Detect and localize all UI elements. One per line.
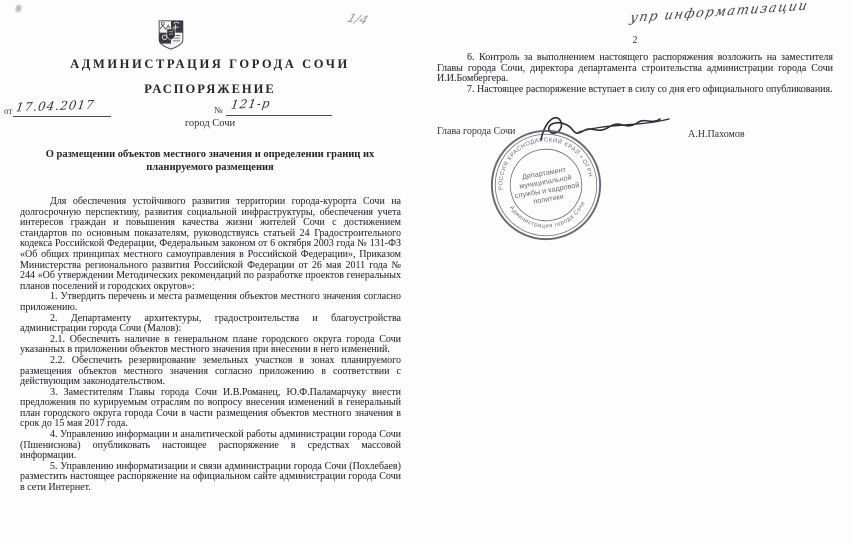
handwritten-date: 17.04.2017 [15, 98, 96, 115]
number-underline [226, 114, 332, 116]
org-name: АДМИНИСТРАЦИЯ ГОРОДА СОЧИ [10, 57, 410, 72]
paragraph: 6. Контроль за выполнением настоящего ра… [437, 53, 833, 85]
page-1-body: Для обеспечения устойчивого развития тер… [20, 197, 401, 494]
stamp-center-text: Департамент муниципальной службы и кадро… [511, 163, 582, 209]
page-number: 2 [437, 35, 833, 46]
sochi-coat-of-arms-icon [157, 19, 185, 50]
handwritten-routing-note: упр информатизации [629, 0, 832, 26]
paragraph: 2. Департаменту архитектуры, градостроит… [20, 314, 401, 335]
page-2: упр информатизации 2 6. Контроль за выпо… [425, 0, 850, 544]
paragraph: 2.2. Обеспечить резервирование земельных… [20, 356, 401, 388]
scanned-document: 1/4 АДМИНИСТРАЦИЯ ГОРОДА СОЧИ РАСПО [0, 0, 850, 544]
scan-smudge [14, 3, 24, 14]
pencil-page-mark: 1/4 [345, 11, 370, 27]
paragraph: 3. Заместителям Главы города Сочи И.В.Ро… [20, 388, 401, 430]
handwritten-number: 121-р [230, 96, 272, 111]
page-1: 1/4 АДМИНИСТРАЦИЯ ГОРОДА СОЧИ РАСПО [0, 0, 425, 544]
paragraph: 5. Управлению информатизации и связи адм… [20, 462, 401, 494]
signatory-name: А.Н.Пахомов [688, 129, 745, 140]
paragraph: 7. Настоящее распоряжение вступает в сил… [437, 85, 833, 96]
paragraph: Для обеспечения устойчивого развития тер… [20, 197, 401, 292]
city-line: город Сочи [10, 118, 410, 129]
number-label: № [214, 105, 223, 115]
round-stamp: РОССИЯ КРАСНОДАРСКИЙ КРАЙ • ОГРН • ИНН А… [479, 118, 613, 252]
page-2-body: 6. Контроль за выполнением настоящего ра… [437, 53, 833, 95]
doc-type-heading: РАСПОРЯЖЕНИЕ [10, 82, 410, 97]
document-title: О размещении объектов местного значения … [30, 148, 390, 174]
date-label: от [4, 106, 12, 116]
paragraph: 1. Утвердить перечень и места размещения… [20, 292, 401, 313]
date-underline [13, 115, 111, 117]
paragraph: 4. Управлению информации и аналитической… [20, 430, 401, 462]
paragraph: 2.1. Обеспечить наличие в генеральном пл… [20, 335, 401, 356]
